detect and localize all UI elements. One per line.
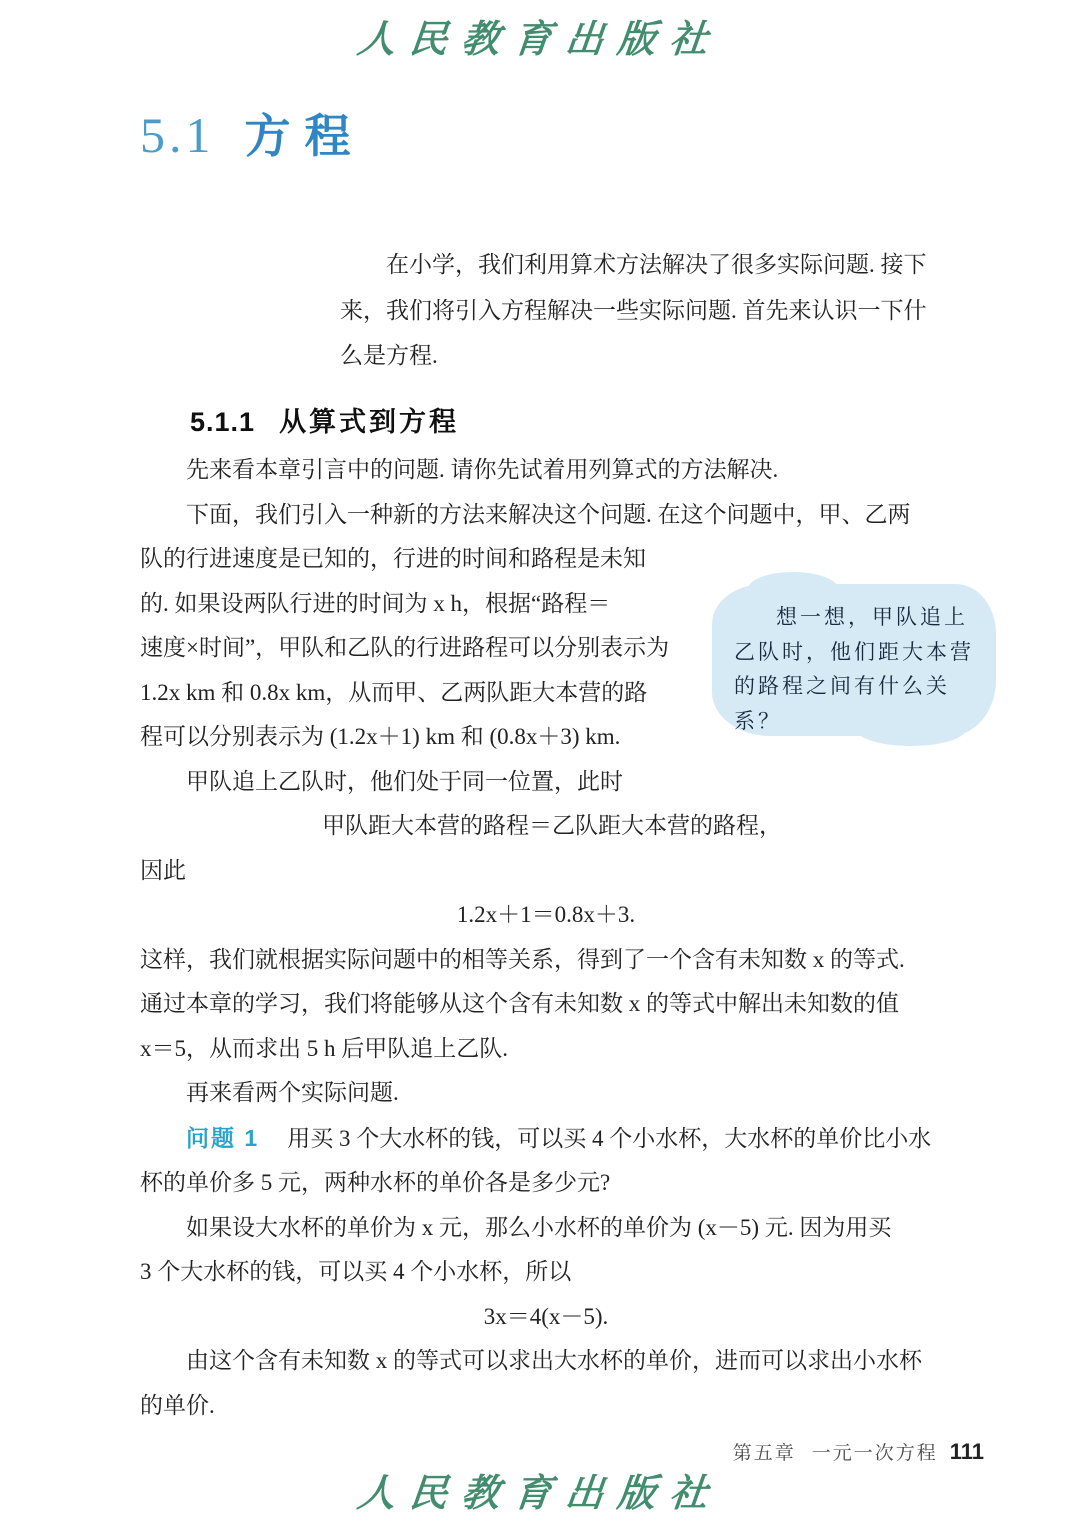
body-line: 杯的单价多 5 元，两种水杯的单价各是多少元? xyxy=(140,1161,952,1206)
intro-line: 在小学，我们利用算术方法解决了很多实际问题. 接下 xyxy=(340,242,955,288)
body-line: 再来看两个实际问题. xyxy=(140,1071,952,1116)
page-title-text: 方程 xyxy=(245,111,365,162)
body-line: 如果设大水杯的单价为 x 元，那么小水杯的单价为 (x－5) 元. 因为用买 xyxy=(140,1206,952,1251)
body-line: 下面，我们引入一种新的方法来解决这个问题. 在这个问题中，甲、乙两 xyxy=(140,493,952,538)
equation-line: 1.2x＋1＝0.8x＋3. xyxy=(140,893,952,938)
body-line: 甲队追上乙队时，他们处于同一位置，此时 xyxy=(140,760,952,805)
body-line: 这样，我们就根据实际问题中的相等关系，得到了一个含有未知数 x 的等式. xyxy=(140,938,952,983)
body-line: 因此 xyxy=(140,849,952,894)
equation-line: 3x＝4(x－5). xyxy=(140,1295,952,1340)
think-bubble: 想一想，甲队追上乙队时，他们距大本营的路程之间有什么关系？ xyxy=(712,584,996,736)
body-line: 的单价. xyxy=(140,1384,952,1429)
intro-line: 么是方程. xyxy=(340,333,955,379)
section-title: 从算式到方程 xyxy=(279,407,459,437)
body-line: 队的行进速度是已知的，行进的时间和路程是未知 xyxy=(140,537,952,582)
footer-chapter-title: 一元一次方程 xyxy=(812,1443,938,1464)
body-line: 由这个含有未知数 x 的等式可以求出大水杯的单价，进而可以求出小水杯 xyxy=(140,1339,952,1384)
intro-paragraph: 在小学，我们利用算术方法解决了很多实际问题. 接下 来，我们将引入方程解决一些实… xyxy=(340,242,955,379)
section-heading: 5.1.1从算式到方程 xyxy=(190,400,459,439)
body-line: 3 个大水杯的钱，可以买 4 个小水杯，所以 xyxy=(140,1250,952,1295)
footer-page-number: 111 xyxy=(950,1439,984,1464)
intro-line: 来，我们将引入方程解决一些实际问题. 首先来认识一下什 xyxy=(340,288,955,334)
relation-line: 甲队距大本营的路程＝乙队距大本营的路程， xyxy=(140,804,952,849)
body-line: 先来看本章引言中的问题. 请你先试着用列算式的方法解决. xyxy=(140,448,952,493)
page-title-number: 5.1 xyxy=(140,107,215,163)
think-bubble-text: 想一想，甲队追上乙队时，他们距大本营的路程之间有什么关系？ xyxy=(712,584,996,738)
page-footer: 第五章一元一次方程111 xyxy=(733,1438,984,1465)
publisher-logo-top: 人民教育出版社 xyxy=(0,8,1080,63)
body-line: 问题 1用买 3 个大水杯的钱，可以买 4 个小水杯，大水杯的单价比小水 xyxy=(140,1116,952,1162)
problem-1-label: 问题 1 xyxy=(186,1125,259,1151)
section-number: 5.1.1 xyxy=(190,407,255,437)
body-line: x＝5，从而求出 5 h 后甲队追上乙队. xyxy=(140,1027,952,1072)
body-line: 通过本章的学习，我们将能够从这个含有未知数 x 的等式中解出未知数的值 xyxy=(140,982,952,1027)
problem-1-text: 用买 3 个大水杯的钱，可以买 4 个小水杯，大水杯的单价比小水 xyxy=(287,1126,931,1151)
publisher-logo-bottom: 人民教育出版社 xyxy=(0,1462,1080,1517)
page-title: 5.1方程 xyxy=(140,100,365,166)
footer-chapter: 第五章 xyxy=(733,1443,796,1464)
